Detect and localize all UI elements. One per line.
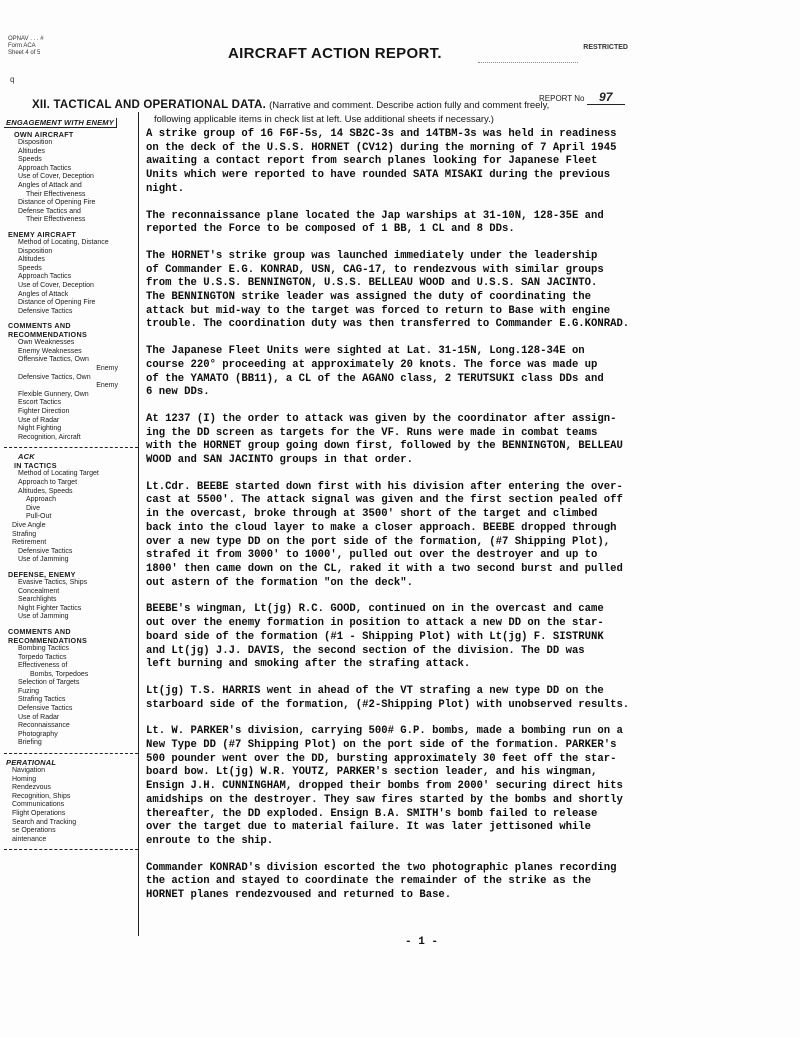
checklist-item: Night Fighter Tactics: [4, 605, 138, 614]
checklist-item: Communications: [4, 801, 138, 810]
narrative-paragraph: Lt(jg) T.S. HARRIS went in ahead of the …: [146, 685, 706, 712]
checklist-item: Strafing Tactics: [4, 696, 138, 705]
check-list-sidebar: ENGAGEMENT WITH ENEMY OWN AIRCRAFT Dispo…: [4, 112, 139, 936]
checklist-subheading: IN TACTICS: [4, 461, 138, 470]
checklist-item: Recognition, Aircraft: [4, 434, 138, 443]
checklist-item: Search and Tracking: [4, 819, 138, 828]
checklist-item: Approach to Target: [4, 479, 138, 488]
checklist-item: Use of Radar: [4, 417, 138, 426]
checklist-group-comments-2: COMMENTS AND RECOMMENDATIONS Bombing Tac…: [4, 627, 138, 753]
narrative-paragraph: A strike group of 16 F6F-5s, 14 SB2C-3s …: [146, 128, 706, 197]
checklist-item: Strafing: [4, 531, 138, 540]
checklist-item: Defensive Tactics, Own: [4, 374, 138, 383]
checklist-group-enemy-aircraft: ENEMY AIRCRAFT Method of Locating, Dista…: [4, 230, 138, 321]
redacted-stamp-area: [478, 48, 578, 63]
checklist-group-engagement: ENGAGEMENT WITH ENEMY OWN AIRCRAFT Dispo…: [4, 112, 138, 230]
checklist-item: Altitudes: [4, 148, 138, 157]
section-note-continued: following applicable items in check list…: [154, 114, 494, 125]
section-title: XII. TACTICAL AND OPERATIONAL DATA.: [32, 99, 266, 111]
checklist-item: Bombing Tactics: [4, 645, 138, 654]
checklist-item: Method of Locating Target: [4, 470, 138, 479]
narrative-paragraph: Lt. W. PARKER's division, carrying 500# …: [146, 725, 706, 848]
document-page: OPNAV . . . # Form ACA Sheet 4 of 5 q AI…: [0, 0, 800, 1037]
checklist-item: Evasive Tactics, Ships: [4, 579, 138, 588]
checklist-item: Escort Tactics: [4, 399, 138, 408]
checklist-item: Rendezvous: [4, 784, 138, 793]
narrative-paragraph: The HORNET's strike group was launched i…: [146, 250, 706, 332]
form-id-line: OPNAV . . . #: [8, 36, 44, 43]
checklist-group-defense-enemy: DEFENSE, ENEMY Evasive Tactics, Ships Co…: [4, 570, 138, 627]
narrative-body: A strike group of 16 F6F-5s, 14 SB2C-3s …: [146, 128, 706, 916]
checklist-item: Homing: [4, 776, 138, 785]
checklist-item: Pull-Out: [4, 513, 138, 522]
form-identifier: OPNAV . . . # Form ACA Sheet 4 of 5: [8, 36, 44, 57]
report-number: REPORT No 97: [539, 90, 625, 105]
checklist-item: Disposition: [4, 139, 138, 148]
narrative-paragraph: At 1237 (I) the order to attack was give…: [146, 413, 706, 468]
checklist-item: Bombs, Torpedoes: [4, 671, 138, 680]
checklist-item: Use of Jamming: [4, 613, 138, 622]
checklist-heading: ACK: [4, 452, 138, 461]
checklist-item: Speeds: [4, 156, 138, 165]
checklist-item: Fighter Direction: [4, 408, 138, 417]
form-mark: q: [10, 75, 14, 84]
stamp-text: RESTRICTED: [583, 44, 628, 51]
checklist-item: Dive: [4, 505, 138, 514]
checklist-item: Approach Tactics: [4, 273, 138, 282]
checklist-item: Use of Cover, Deception: [4, 173, 138, 182]
checklist-item: Effectiveness of: [4, 662, 138, 671]
checklist-item: Photography: [4, 731, 138, 740]
checklist-item: Concealment: [4, 588, 138, 597]
checklist-subheading: COMMENTS AND RECOMMENDATIONS: [4, 627, 118, 645]
checklist-item: Use of Radar: [4, 714, 138, 723]
checklist-item: Use of Cover, Deception: [4, 282, 138, 291]
classification-stamp: RESTRICTED: [478, 44, 628, 70]
checklist-item: Altitudes, Speeds: [4, 488, 138, 497]
checklist-item: Angles of Attack and: [4, 182, 138, 191]
checklist-item: Speeds: [4, 265, 138, 274]
checklist-item: Their Effectiveness: [4, 191, 138, 200]
checklist-item: Distance of Opening Fire: [4, 299, 138, 308]
checklist-subheading: COMMENTS AND RECOMMENDATIONS: [4, 321, 118, 339]
checklist-item: Own Weaknesses: [4, 339, 138, 348]
narrative-paragraph: The Japanese Fleet Units were sighted at…: [146, 345, 706, 400]
form-id-line: Form ACA: [8, 43, 44, 50]
checklist-item: Approach Tactics: [4, 165, 138, 174]
checklist-item: Defensive Tactics: [4, 705, 138, 714]
checklist-item: Distance of Opening Fire: [4, 199, 138, 208]
checklist-item: Selection of Targets: [4, 679, 138, 688]
checklist-heading: PERATIONAL: [4, 758, 138, 767]
checklist-item: Method of Locating, Distance: [4, 239, 138, 248]
checklist-item: Retirement: [4, 539, 138, 548]
checklist-item: aintenance: [4, 836, 138, 845]
checklist-item: Enemy: [4, 382, 138, 391]
checklist-item: Flexible Gunnery, Own: [4, 391, 138, 400]
checklist-item: Defensive Tactics: [4, 548, 138, 557]
checklist-group-attack: ACK IN TACTICS Method of Locating Target…: [4, 447, 138, 570]
checklist-heading: ENGAGEMENT WITH ENEMY: [4, 118, 117, 128]
checklist-item: Disposition: [4, 248, 138, 257]
report-no-value: 97: [587, 90, 625, 105]
checklist-item: Dive Angle: [4, 522, 138, 531]
page-number: - 1 -: [405, 936, 438, 948]
checklist-item: Enemy: [4, 365, 138, 374]
checklist-item: Angles of Attack: [4, 291, 138, 300]
checklist-item: Altitudes: [4, 256, 138, 265]
checklist-item: Approach: [4, 496, 138, 505]
checklist-item: Fuzing: [4, 688, 138, 697]
narrative-paragraph: The reconnaissance plane located the Jap…: [146, 210, 706, 237]
narrative-paragraph: Lt.Cdr. BEEBE started down first with hi…: [146, 481, 706, 591]
form-id-line: Sheet 4 of 5: [8, 50, 44, 57]
section-note: (Narrative and comment. Describe action …: [269, 100, 549, 111]
document-title: AIRCRAFT ACTION REPORT.: [228, 45, 442, 62]
checklist-group-comments-1: COMMENTS AND RECOMMENDATIONS Own Weaknes…: [4, 321, 138, 447]
checklist-item: Night Fighting: [4, 425, 138, 434]
checklist-item: se Operations: [4, 827, 138, 836]
narrative-paragraph: BEEBE's wingman, Lt(jg) R.C. GOOD, conti…: [146, 603, 706, 672]
checklist-subheading: ENEMY AIRCRAFT: [4, 230, 138, 239]
checklist-item: Reconnaissance: [4, 722, 138, 731]
checklist-item: Defensive Tactics: [4, 308, 138, 317]
checklist-subheading: DEFENSE, ENEMY: [4, 570, 138, 579]
section-heading: XII. TACTICAL AND OPERATIONAL DATA. (Nar…: [32, 99, 549, 111]
checklist-item: Flight Operations: [4, 810, 138, 819]
checklist-item: Their Effectiveness: [4, 216, 138, 225]
checklist-item: Offensive Tactics, Own: [4, 356, 138, 365]
checklist-item: Use of Jamming: [4, 556, 138, 565]
checklist-item: Briefing: [4, 739, 138, 748]
checklist-item: Defense Tactics and: [4, 208, 138, 217]
checklist-item: Searchlights: [4, 596, 138, 605]
narrative-paragraph: Commander KONRAD's division escorted the…: [146, 862, 706, 903]
checklist-item: Navigation: [4, 767, 138, 776]
checklist-item: Torpedo Tactics: [4, 654, 138, 663]
checklist-group-operational: PERATIONAL Navigation Homing Rendezvous …: [4, 753, 138, 850]
checklist-subheading: OWN AIRCRAFT: [4, 130, 138, 139]
checklist-item: Recognition, Ships: [4, 793, 138, 802]
checklist-item: Enemy Weaknesses: [4, 348, 138, 357]
